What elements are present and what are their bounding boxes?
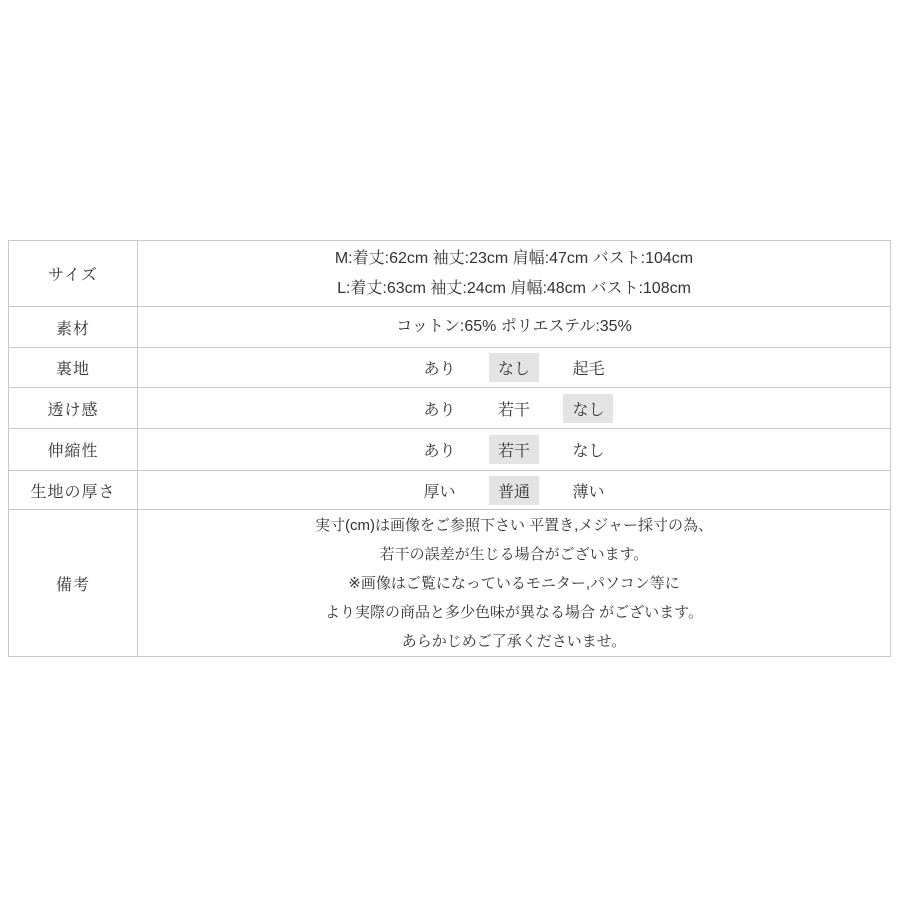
product-spec-table: サイズ M:着丈:62cm 袖丈:23cm 肩幅:47cm バスト:104cm … [8, 240, 891, 657]
table-row-sheerness: 透け感 あり 若干 なし [9, 388, 891, 429]
spec-table: サイズ M:着丈:62cm 袖丈:23cm 肩幅:47cm バスト:104cm … [8, 240, 891, 657]
row-header-sheerness: 透け感 [9, 388, 138, 429]
option-kimo: 起毛 [563, 353, 613, 382]
material-values-cell: コットン:65% ポリエステル:35% [138, 307, 891, 348]
option-usui: 薄い [563, 476, 613, 505]
row-header-material: 素材 [9, 307, 138, 348]
size-line-m: M:着丈:62cm 袖丈:23cm 肩幅:47cm バスト:104cm [138, 244, 890, 274]
option-nashi: なし [563, 394, 613, 423]
option-jakkan: 若干 [489, 435, 539, 464]
size-line-l: L:着丈:63cm 袖丈:24cm 肩幅:48cm バスト:108cm [138, 274, 890, 304]
option-nashi: なし [489, 353, 539, 382]
option-ari: あり [415, 353, 465, 382]
notes-line-3: ※画像はご覧になっているモニター,パソコン等に [138, 569, 890, 598]
option-futsuu: 普通 [489, 476, 539, 505]
table-row-notes: 備考 実寸(cm)は画像をご参照下さい 平置き,メジャー採寸の為、 若干の誤差が… [9, 510, 891, 657]
row-header-thickness: 生地の厚さ [9, 471, 138, 510]
material-line: コットン:65% ポリエステル:35% [138, 312, 890, 342]
sheerness-options-cell: あり 若干 なし [138, 388, 891, 429]
stretch-options-cell: あり 若干 なし [138, 429, 891, 471]
notes-cell: 実寸(cm)は画像をご参照下さい 平置き,メジャー採寸の為、 若干の誤差が生じる… [138, 510, 891, 657]
lining-options-cell: あり なし 起毛 [138, 348, 891, 388]
option-jakkan: 若干 [489, 394, 539, 423]
row-header-size: サイズ [9, 241, 138, 307]
table-row-lining: 裏地 あり なし 起毛 [9, 348, 891, 388]
option-nashi: なし [563, 435, 613, 464]
option-ari: あり [415, 394, 465, 423]
table-row-material: 素材 コットン:65% ポリエステル:35% [9, 307, 891, 348]
row-header-notes: 備考 [9, 510, 138, 657]
notes-line-4: より実際の商品と多少色味が異なる場合 がございます。 [138, 598, 890, 627]
row-header-lining: 裏地 [9, 348, 138, 388]
notes-line-2: 若干の誤差が生じる場合がございます。 [138, 540, 890, 569]
size-values-cell: M:着丈:62cm 袖丈:23cm 肩幅:47cm バスト:104cm L:着丈… [138, 241, 891, 307]
table-row-size: サイズ M:着丈:62cm 袖丈:23cm 肩幅:47cm バスト:104cm … [9, 241, 891, 307]
table-row-thickness: 生地の厚さ 厚い 普通 薄い [9, 471, 891, 510]
row-header-stretch: 伸縮性 [9, 429, 138, 471]
table-row-stretch: 伸縮性 あり 若干 なし [9, 429, 891, 471]
page: サイズ M:着丈:62cm 袖丈:23cm 肩幅:47cm バスト:104cm … [0, 0, 900, 900]
option-ari: あり [415, 435, 465, 464]
notes-line-5: あらかじめご了承くださいませ。 [138, 627, 890, 656]
thickness-options-cell: 厚い 普通 薄い [138, 471, 891, 510]
notes-line-1: 実寸(cm)は画像をご参照下さい 平置き,メジャー採寸の為、 [138, 511, 890, 540]
option-atsui: 厚い [415, 476, 465, 505]
